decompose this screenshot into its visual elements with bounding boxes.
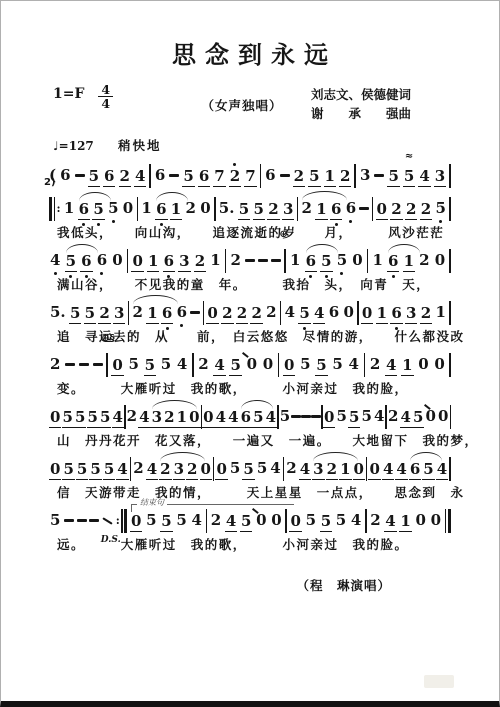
note-token: 2 [267, 202, 279, 220]
bar-stroke [206, 509, 208, 533]
note-token: 5 [65, 254, 77, 272]
barline [214, 197, 216, 221]
note-token: 1 [289, 253, 301, 268]
note-token: 3 [359, 168, 371, 183]
note-token: 6 [390, 306, 402, 324]
note-token: 4 [350, 513, 362, 528]
note-token: 0 [131, 254, 143, 272]
dash-token [271, 259, 281, 261]
bar-stroke [445, 509, 447, 533]
music-line: 05555424232005554243210044654信 天游带走 我的情，… [49, 457, 451, 500]
note-token: 1 [209, 253, 221, 268]
barline [278, 353, 280, 377]
composer-credit: 谢 承 强曲 [311, 105, 461, 124]
note-token: 5 [103, 462, 115, 480]
bar-stroke [225, 249, 227, 273]
note-token: 2 [265, 305, 277, 320]
music-line: 结束句5:D.S.05554245000555424100远。 大雁听过 我的歌… [49, 509, 451, 552]
note-token: 0 [200, 462, 212, 480]
lyricist-credit: 刘志文、侯德健词 [311, 86, 461, 105]
barline [128, 301, 130, 325]
barline: ⊕ [284, 249, 286, 273]
note-token: 5 [89, 462, 101, 480]
note-token: 0 [434, 253, 446, 268]
note-token: 5 [434, 201, 446, 216]
note-token: 5 [335, 409, 347, 424]
note-token: 0 [342, 305, 354, 320]
note-token: 6 [103, 169, 115, 187]
note-token: 1 [315, 202, 327, 220]
repeat-start-barline: :2) [49, 197, 61, 221]
note-token: 1 [401, 358, 413, 376]
note-token: 6 [198, 169, 210, 187]
note-token: 0 [376, 202, 388, 220]
note-token: 0 [415, 513, 427, 528]
note-token: 2 [49, 357, 61, 372]
barline [297, 197, 299, 221]
note-token: 5 [144, 358, 156, 376]
notes-row: 2⊕§05554245000555424100 [49, 353, 451, 377]
note-token: 4 [395, 462, 407, 480]
bar-stroke [260, 164, 262, 188]
barline [366, 457, 368, 481]
note-token: 5 [87, 410, 99, 428]
notes-row: 456600163212⊕1655016120 [49, 249, 451, 273]
bar-stroke [278, 353, 280, 377]
note-token: 6 [78, 202, 90, 220]
note-token: 3 [434, 169, 446, 187]
music-line: :2)16550161205.5523216602225我低头， 向山沟， 追逐… [49, 197, 451, 240]
octave-dot-low [82, 223, 85, 226]
note-token: 5 [62, 410, 74, 428]
bar-stroke [450, 405, 452, 429]
lyrics-line: 信 天游带走 我的情， 天上星星 一点点， 思念到 永 [57, 485, 451, 500]
barline [450, 405, 452, 429]
bar-stroke [213, 457, 215, 481]
note-token: 2 [250, 306, 262, 324]
tempo-row: ♩=127 稍快地 [53, 136, 479, 154]
octave-dot-low [392, 275, 395, 278]
bar-stroke [449, 249, 451, 273]
barline [260, 164, 262, 188]
note-token: 4 [400, 410, 412, 428]
note-token: 5 [160, 514, 172, 532]
music-line: 456600163212⊕1655016120满山谷， 不见我的童 年。 我抬 … [49, 249, 451, 292]
barline [449, 353, 451, 377]
bar-stroke [137, 197, 139, 221]
notes-row: :2)16550161205.5523216602225 [49, 197, 451, 221]
note-token: 6 [176, 305, 188, 320]
octave-dot-low [309, 275, 312, 278]
note-token: 0 [368, 462, 380, 480]
note-token: 5 [99, 410, 111, 428]
octave-dot-low [325, 275, 328, 278]
note-token: 4 [265, 410, 277, 428]
dash-token [301, 415, 311, 417]
note-token: 5 [331, 357, 343, 372]
note-token: 6 [345, 201, 357, 216]
note-token: 6 [59, 168, 71, 183]
dash-token [65, 363, 75, 365]
note-token: 2 [159, 462, 171, 480]
note-token: 5 [238, 202, 250, 220]
note-token: 5 [229, 461, 241, 476]
note-token: 6 [305, 254, 317, 272]
dash-token [245, 259, 255, 261]
note-token: 2 [420, 202, 432, 220]
barline [285, 509, 287, 533]
notes-row: 5:D.S.05554245000555424100 [49, 509, 451, 533]
note-token: 4 [112, 410, 124, 428]
note-token: 6 [264, 168, 276, 183]
bar-stroke [149, 164, 151, 188]
note-token: 2 [126, 409, 138, 424]
note-token: 6 [240, 410, 252, 428]
note-token: 0 [111, 358, 123, 376]
octave-dot-low [97, 223, 100, 226]
note-token: 5 [252, 410, 264, 428]
octave-dot-low [85, 275, 88, 278]
bar-stroke [449, 197, 451, 221]
note-token: 5 [305, 513, 317, 528]
bar-stroke [449, 164, 451, 188]
bar-stroke [449, 353, 451, 377]
ds-label: D.S. [101, 536, 121, 545]
note-token: 0 [188, 410, 200, 428]
note-token: 5 [335, 513, 347, 528]
lyrics-line: 变。 大雁听过 我的歌， 小河亲过 我的脸， [57, 381, 451, 396]
bar-stroke [297, 197, 299, 221]
note-token: 2 [229, 253, 241, 268]
performer-credit: （程 琳演唱） [21, 576, 479, 594]
barline [203, 301, 205, 325]
bar-stroke [448, 509, 451, 533]
octave-dot-low [349, 220, 352, 223]
note-token: 5 [128, 357, 140, 372]
bar-stroke [54, 197, 56, 221]
note-token: 4 [385, 358, 397, 376]
note-token: 2 [390, 202, 402, 220]
octave-dot-low [69, 275, 72, 278]
note-token: 4 [190, 513, 202, 528]
note-token: 0 [417, 357, 429, 372]
note-token: 1 [147, 254, 159, 272]
octave-dot-low [340, 272, 343, 275]
barline [225, 249, 227, 273]
bar-stroke [285, 509, 287, 533]
note-token: 1 [339, 462, 351, 480]
bar-stroke [49, 197, 52, 221]
note-token: 2 [194, 254, 206, 272]
note-token: 5 [240, 514, 252, 532]
note-token: 5 [308, 169, 320, 187]
note-token: 2 [293, 169, 305, 187]
notes-row: 5.552321660222245460016321 [49, 301, 451, 325]
note-token: 0 [289, 514, 301, 532]
note-token: 5 [298, 306, 310, 324]
note-token: 4 [213, 358, 225, 376]
note-token: 2 [197, 357, 209, 372]
note-token: 5 [253, 202, 265, 220]
note-token: 2 [163, 410, 175, 428]
note-token: 2 [387, 409, 399, 424]
note-token: 2 [326, 462, 338, 480]
barline [367, 249, 369, 273]
annotation-label: 2) [44, 178, 56, 188]
note-token: 5 [315, 358, 327, 376]
note-token: 2 [210, 513, 222, 528]
key-signature: 1=F 4 4 [53, 86, 173, 110]
note-token: 0 [122, 201, 134, 216]
bar-stroke [280, 301, 282, 325]
bar-stroke [192, 353, 194, 377]
bar-stroke [106, 353, 108, 377]
note-token: 0 [111, 253, 123, 268]
dash-token [374, 174, 384, 176]
octave-dot-low [167, 275, 170, 278]
note-token: 5 [412, 410, 424, 428]
bar-stroke [365, 509, 367, 533]
note-token: 2 [369, 357, 381, 372]
note-token: 5 [279, 409, 291, 424]
sheet-music-page: 思念到永远 1=F 4 4 （女声独唱） 刘志文、侯德健词 谢 承 强曲 ♩=1… [0, 0, 500, 707]
note-token: 5 [145, 513, 157, 528]
bar-stroke [364, 353, 366, 377]
repeat-dots: : [57, 203, 61, 214]
meta-row: 1=F 4 4 （女声独唱） 刘志文、侯德健词 谢 承 强曲 [53, 86, 461, 124]
meter-denominator: 4 [101, 97, 110, 110]
bar-stroke [354, 164, 356, 188]
note-token: 4 [138, 410, 150, 428]
note-token: 4 [313, 306, 325, 324]
time-signature: 4 4 [98, 83, 113, 110]
bar-stroke [366, 457, 368, 481]
note-token: 2 [229, 169, 241, 187]
lyrics-line: 山 丹丹花开 花又落， 一遍又 一遍。 大地留下 我的梦， [57, 433, 451, 448]
note-token: 3 [282, 202, 294, 220]
note-token: 0 [323, 410, 335, 428]
bar-stroke [121, 509, 123, 533]
note-token: 7 [244, 169, 256, 187]
note-token: 5 [387, 169, 399, 187]
note-token: 6 [163, 254, 175, 272]
barline [149, 164, 151, 188]
note-token: 2 [301, 201, 313, 216]
dash-token [79, 363, 89, 365]
note-token: 0 [262, 357, 274, 372]
note-token: 5 [84, 306, 96, 324]
note-token: 0 [270, 513, 282, 528]
note-token: 5 [348, 410, 360, 428]
note-token: 0 [430, 513, 442, 528]
note-token: 5. [49, 305, 67, 320]
note-token: 0 [351, 253, 363, 268]
note-token: 6 [80, 254, 92, 272]
coda-segno-icon: ⊕§ [101, 334, 114, 344]
note-token: 0 [49, 462, 61, 480]
note-token: 2 [98, 306, 110, 324]
voice-label: （女声独唱） [173, 86, 311, 114]
barline [449, 197, 451, 221]
note-token: 5 [360, 409, 372, 424]
note-token: 5 [76, 462, 88, 480]
note-token: 6 [328, 305, 340, 320]
bar-stroke [357, 301, 359, 325]
note-token: 4 [146, 462, 158, 480]
note-token: 5 [175, 513, 187, 528]
note-token: 0 [199, 201, 211, 216]
dash-token [291, 415, 301, 417]
note-token: 6 [409, 462, 421, 480]
tempo-mark: ♩=127 [53, 139, 94, 153]
note-token: 4 [348, 357, 360, 372]
note-token: 1 [403, 254, 415, 272]
note-token: 6 [154, 168, 166, 183]
note-token: 4 [284, 305, 296, 320]
lyrics-line: 我低头， 向山沟， 追逐流逝的岁 月， 风沙茫茫 [57, 225, 451, 240]
bar-stroke [214, 197, 216, 221]
note-token: 6 [330, 202, 342, 220]
dash-token [280, 174, 290, 176]
note-token: 1 [371, 253, 383, 268]
note-token: 0 [361, 306, 373, 324]
octave-dot-low [335, 223, 338, 226]
note-token: 5 [62, 462, 74, 480]
slur-arc [302, 191, 347, 200]
note-token: 3 [113, 306, 125, 324]
note-token: 2 [339, 169, 351, 187]
expression-mark: 稍快地 [118, 138, 162, 153]
note-token: 0 [215, 462, 227, 480]
note-token: 4 [299, 462, 311, 480]
bar-stroke [284, 249, 286, 273]
bar-stroke [128, 301, 130, 325]
note-token: 2 [418, 253, 430, 268]
note-token: 4 [215, 410, 227, 428]
note-token: 2 [132, 461, 144, 476]
note-token: 6 [161, 306, 173, 324]
note-token: 4 [384, 514, 396, 532]
note-token: 1 [434, 305, 446, 320]
note-token: 6 [387, 254, 399, 272]
note-token: 4 [227, 410, 239, 428]
note-token: 0 [246, 357, 258, 372]
note-token: 0 [130, 514, 142, 532]
bar-stroke [127, 249, 129, 273]
bar-stroke [283, 457, 285, 481]
note-token: 3 [173, 462, 185, 480]
barline [364, 353, 366, 377]
note-token: 1 [176, 410, 188, 428]
barline [137, 197, 139, 221]
bar-stroke [124, 509, 127, 533]
note-token: 2 [132, 305, 144, 320]
music-staff: (6562465672762512355≈43:2)16550161205.55… [49, 164, 451, 552]
barline: ⊕§ [106, 353, 108, 377]
note-token: 5 [182, 169, 194, 187]
note-token: 0 [255, 513, 267, 528]
note-token: 4 [176, 357, 188, 372]
note-token: 5 [74, 410, 86, 428]
meter-numerator: 4 [98, 83, 113, 97]
barline [449, 249, 451, 273]
notes-row: 05555424232005554243210044654 [49, 457, 451, 481]
note-token: 3 [178, 254, 190, 272]
bar-stroke [367, 249, 369, 273]
note-token: 2 [221, 306, 233, 324]
lyrics-line: 追 寻远去的 从 前， 白云悠悠 尽情的游， 什么都没改 [57, 329, 451, 344]
barline [449, 457, 451, 481]
dash-token [311, 415, 321, 417]
bar-stroke [203, 301, 205, 325]
octave-dot-low [160, 223, 163, 226]
watermark [424, 675, 454, 688]
barline [365, 509, 367, 533]
bar-stroke [449, 301, 451, 325]
note-token: 0 [425, 409, 437, 424]
credits: 刘志文、侯德健词 谢 承 强曲 [311, 86, 461, 124]
note-token: 4 [418, 169, 430, 187]
barline [449, 301, 451, 325]
octave-dot-low [439, 220, 442, 223]
note-token: 4 [134, 169, 146, 187]
note-token: 4 [382, 462, 394, 480]
note-token: 5 [422, 462, 434, 480]
note-token: 1 [140, 201, 152, 216]
note-token: 0 [206, 306, 218, 324]
dash-token [77, 519, 87, 521]
note-token: 1 [376, 306, 388, 324]
note-token: 3 [312, 462, 324, 480]
note-token: 4 [269, 461, 281, 476]
note-token: 6 [96, 253, 108, 268]
octave-dot-low [112, 220, 115, 223]
notes-row: (6562465672762512355≈43 [49, 164, 451, 188]
octave-dot-low [180, 324, 183, 327]
octave-dot-low [395, 327, 398, 330]
note-token: 5. [218, 201, 236, 216]
note-token: 1 [63, 201, 75, 216]
note-token: 0 [353, 462, 365, 480]
note-token: 2 [119, 169, 131, 187]
bar-stroke [130, 457, 132, 481]
key-label: 1=F [53, 86, 84, 102]
note-token: 2 [420, 306, 432, 324]
note-token: 0 [49, 410, 61, 428]
octave-dot-low [54, 272, 57, 275]
music-line: 2⊕§05554245000555424100变。 大雁听过 我的歌， 小河亲过… [49, 353, 451, 396]
note-token: 5 [107, 201, 119, 216]
barline [354, 164, 356, 188]
note-token: 2 [185, 201, 197, 216]
mordent-icon: ≈ [405, 152, 413, 162]
ending-bracket-label: 结束句 [137, 499, 167, 507]
dash-token [359, 207, 369, 209]
note-token: 3 [405, 306, 417, 324]
note-token: 0 [202, 410, 214, 428]
note-token: 5 [160, 357, 172, 372]
note-token: 0 [433, 357, 445, 372]
note-token: 5 [256, 461, 268, 476]
repeat-dots: : [116, 515, 120, 526]
bar-stroke [372, 197, 374, 221]
note-token: 7 [213, 169, 225, 187]
octave-dot-low [166, 327, 169, 330]
lyrics-line: 满山谷， 不见我的童 年。 我抬 头， 向青 天， [57, 277, 451, 292]
slur-arc [133, 295, 178, 304]
note-token: 5 [336, 253, 348, 268]
note-token: 5 [242, 462, 254, 480]
